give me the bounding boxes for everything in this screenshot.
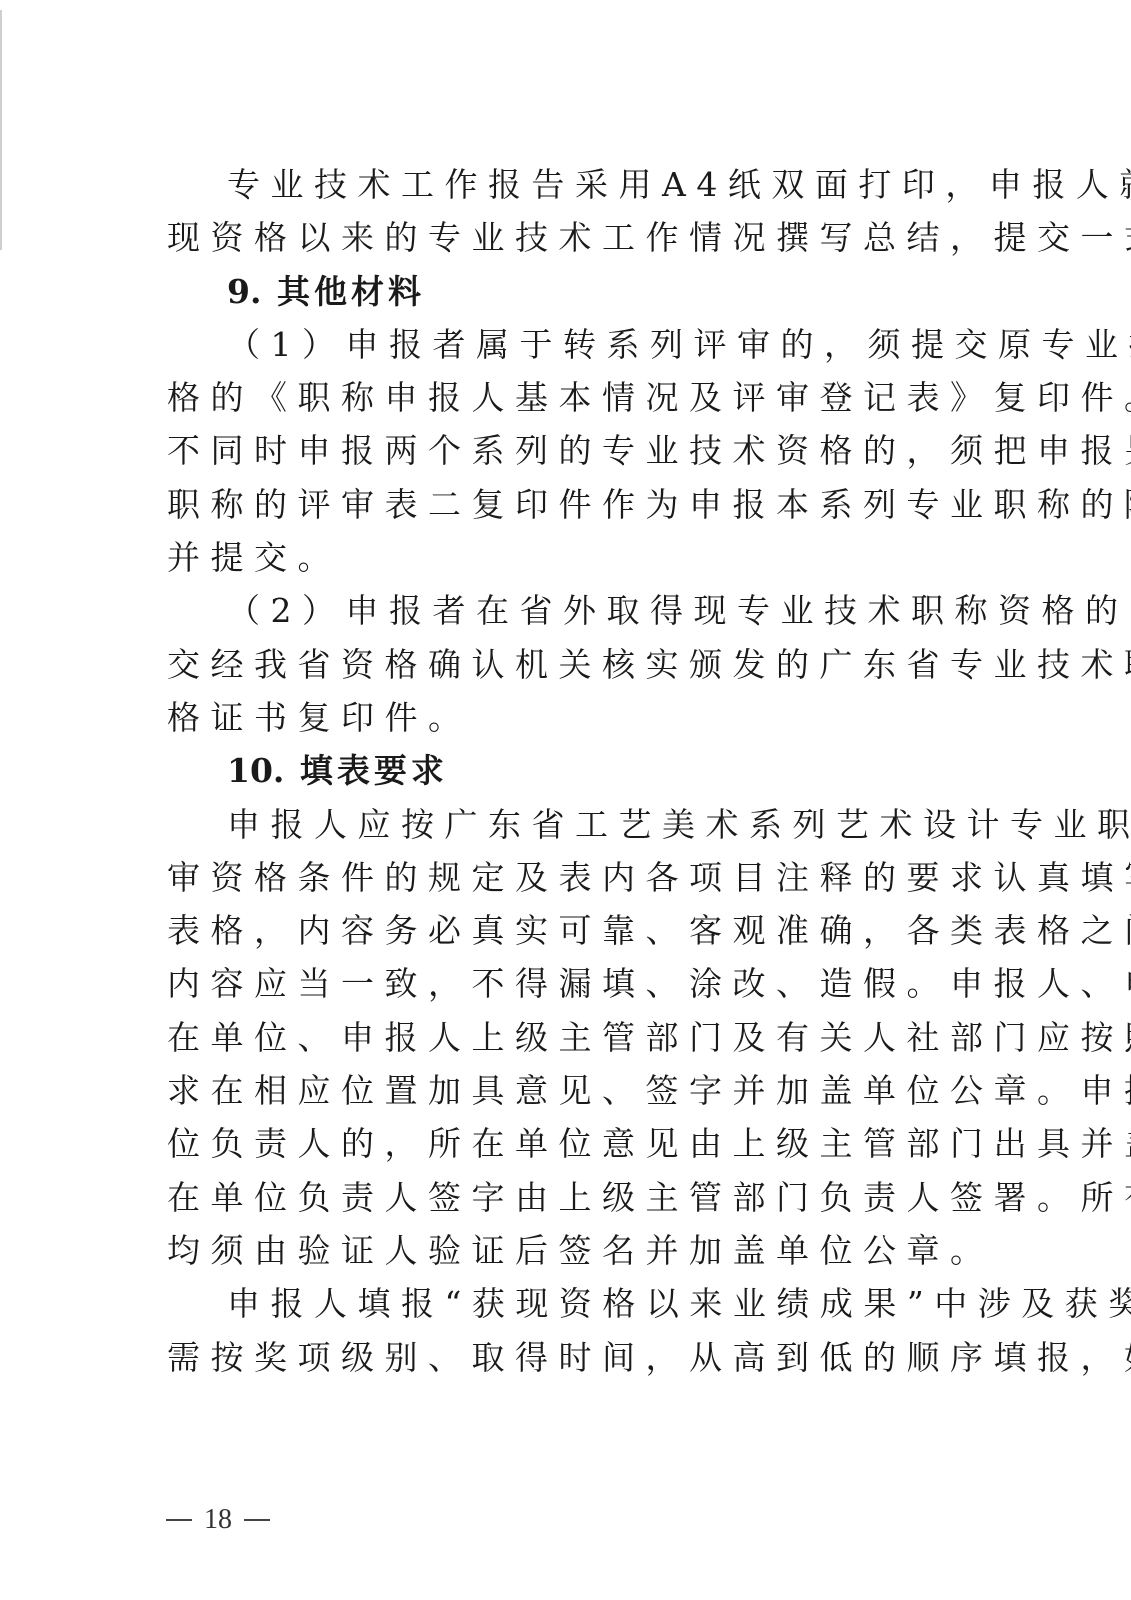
text-line: 审资格条件的规定及表内各项目注释的要求认真填写各类	[167, 851, 941, 904]
text-line: （2）申报者在省外取得现专业技术职称资格的，须提	[167, 584, 941, 637]
dash-left-decoration	[166, 1519, 192, 1521]
section-heading-10: 10. 填表要求	[167, 744, 941, 797]
text-line: 职称的评审表二复印件作为申报本系列专业职称的附件一	[167, 478, 941, 531]
page-number: 18	[204, 1500, 232, 1540]
section-title: 其他材料	[277, 272, 425, 311]
text-line: 均须由验证人验证后签名并加盖单位公章。	[167, 1224, 941, 1277]
scan-edge-artifact	[0, 10, 2, 250]
text-line: 求在相应位置加具意见、签字并加盖单位公章。申报人为单	[167, 1064, 941, 1117]
page-footer: 18	[166, 1500, 270, 1540]
section-heading-9: 9. 其他材料	[167, 265, 941, 318]
document-body: 专业技术工作报告采用A4纸双面打印，申报人就取得 现资格以来的专业技术工作情况撰…	[167, 158, 941, 1384]
text-line: 格的《职称申报人基本情况及评审登记表》复印件。同时或	[167, 371, 941, 424]
text-line: 申报人填报“获现资格以来业绩成果”中涉及获奖项目时	[167, 1277, 941, 1330]
text-line: 表格，内容务必真实可靠、客观准确，各类表格之间相同的	[167, 904, 941, 957]
section-number: 9.	[227, 272, 261, 311]
text-line: 格证书复印件。	[167, 691, 941, 744]
text-line: 并提交。	[167, 531, 941, 584]
text-line: 申报人应按广东省工艺美术系列艺术设计专业职称评	[167, 798, 941, 851]
text-line: 专业技术工作报告采用A4纸双面打印，申报人就取得	[167, 158, 941, 211]
text-line: （1）申报者属于转系列评审的，须提交原专业技术资	[167, 318, 941, 371]
text-line: 交经我省资格确认机关核实颁发的广东省专业技术职称资	[167, 638, 941, 691]
text-line: 现资格以来的专业技术工作情况撰写总结，提交一式一份。	[167, 211, 941, 264]
section-number: 10.	[227, 751, 284, 790]
dash-right-decoration	[244, 1519, 270, 1521]
text-line: 在单位、申报人上级主管部门及有关人社部门应按照表格要	[167, 1011, 941, 1064]
text-line: 不同时申报两个系列的专业技术资格的，须把申报另一系列	[167, 424, 941, 477]
text-line: 位负责人的，所在单位意见由上级主管部门出具并盖章，所	[167, 1117, 941, 1170]
section-title: 填表要求	[300, 751, 448, 790]
text-line: 需按奖项级别、取得时间，从高到低的顺序填报，如：首先	[167, 1331, 941, 1384]
text-line: 在单位负责人签字由上级主管部门负责人签署。所有复印件	[167, 1171, 941, 1224]
text-line: 内容应当一致，不得漏填、涂改、造假。申报人、申报人所	[167, 957, 941, 1010]
